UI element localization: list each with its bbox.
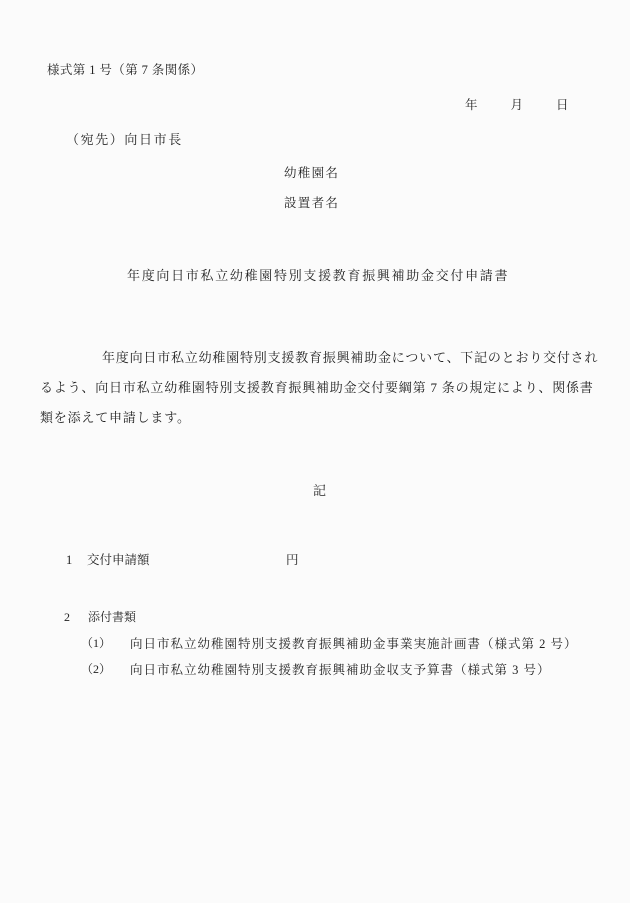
attachment-2-text: 向日市私立幼稚園特別支援教育振興補助金収支予算書（様式第 3 号） xyxy=(130,663,551,677)
attachment-1-number: （1） xyxy=(81,637,111,651)
item-1-number: 1 xyxy=(66,553,72,567)
kindergarten-name-label: 幼稚園名 xyxy=(284,166,339,180)
body-line-2: るよう、向日市私立幼稚園特別支援教育振興補助金交付要綱第 7 条の規定により、関… xyxy=(40,381,594,396)
date-year-label: 年 xyxy=(465,98,478,112)
date-day-label: 日 xyxy=(556,98,569,112)
item-2-number: 2 xyxy=(64,611,70,625)
ki-marker: 記 xyxy=(313,484,326,499)
addressee: （宛先）向日市長 xyxy=(66,133,183,148)
founder-name-label: 設置者名 xyxy=(284,196,339,210)
item-1-label: 交付申請額 xyxy=(87,553,150,567)
item-2-label: 添 付 書 類 xyxy=(88,611,136,625)
document-page: 様式第 1 号（第 7 条関係） 年 月 日 （宛先）向日市長 幼稚園名 設置者… xyxy=(0,0,630,903)
document-title: 年度向日市私立幼稚園特別支援教育振興補助金交付申請書 xyxy=(127,269,509,284)
body-line-3: 類を添えて申請します。 xyxy=(40,411,191,426)
item-1-unit: 円 xyxy=(286,553,299,567)
body-line-1: 年度向日市私立幼稚園特別支援教育振興補助金について、下記のとおり交付され xyxy=(102,351,598,366)
form-number: 様式第 1 号（第 7 条関係） xyxy=(47,63,203,77)
date-month-label: 月 xyxy=(511,98,524,112)
attachment-1-text: 向日市私立幼稚園特別支援教育振興補助金事業実施計画書（様式第 2 号） xyxy=(130,637,578,651)
date-line: 年 月 日 xyxy=(465,98,569,112)
attachment-2-number: （2） xyxy=(81,663,111,677)
